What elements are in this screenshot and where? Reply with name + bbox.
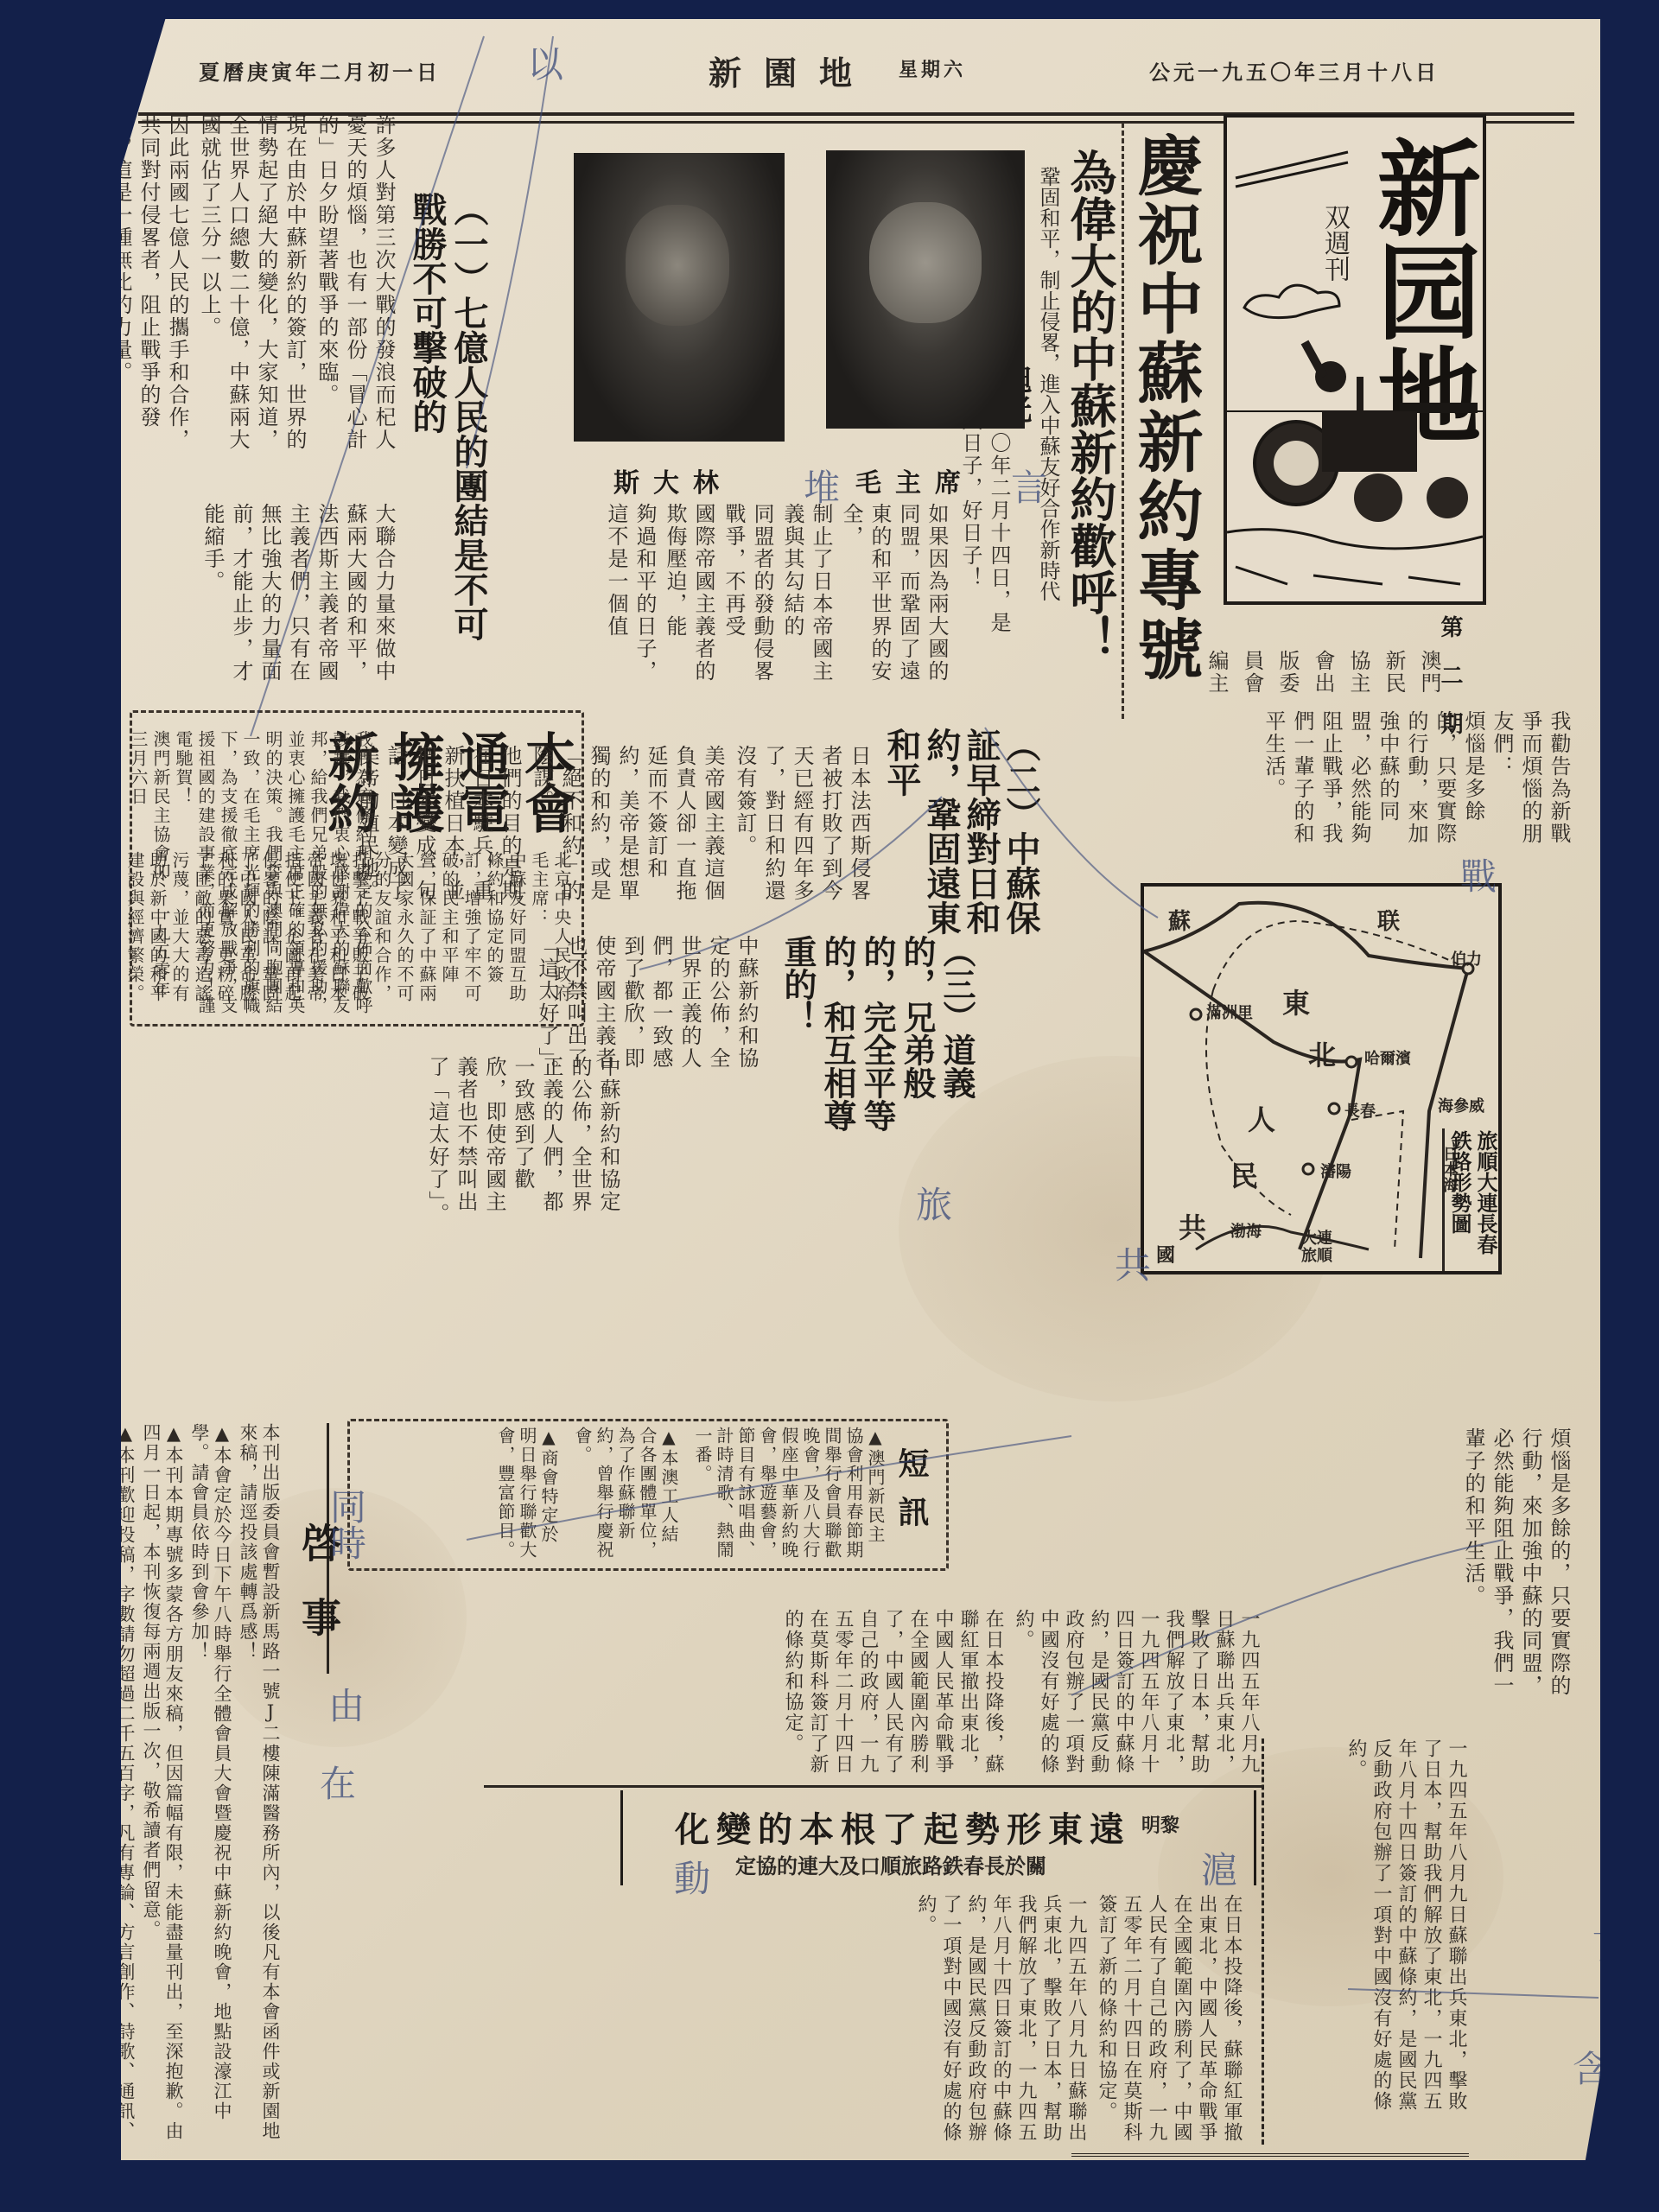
lunar-date: 夏曆庚寅年二月初一日: [199, 55, 441, 86]
far-east-body-bottom: 在日本投降後，蘇聯紅軍撤出東北，中國人民革命戰爭在全國範圍內勝利了，中國人民有了…: [501, 1894, 1244, 2153]
bottom-rule: [1071, 2153, 1469, 2157]
map-label: 人: [1248, 1098, 1275, 1138]
article-three-para: 中蘇新約和協定的公佈，全世界正義的人們，都一致感到了歡欣，即使帝國主義者也不禁叫…: [423, 1056, 622, 1229]
portrait-mao: [826, 150, 1025, 429]
article-one-headline: （一）七億人民的團結是不可戰勝不可擊破的: [406, 192, 489, 641]
handwriting-annotation: 在: [320, 1756, 356, 1808]
notice-item: ▲本會定於今日下午八時舉行全體會員大會暨慶祝中蘇新約晚會，地點設濠江中學。請會員…: [188, 1423, 233, 2149]
lead-body: 如果因為兩大國的同盟，而鞏固了遠東的和平世界的安全， 制止了日本帝國主義與其勾結…: [795, 503, 950, 702]
far-east-rule: [484, 1785, 1262, 1788]
map-label: 國: [1156, 1241, 1175, 1268]
article-one-body: 許多人對第三次大戰的發浪而杞人憂天的煩惱，也有一部份「冒心計的」日夕盼望著戰爭的…: [138, 114, 397, 477]
article-three-continued: 中蘇新約和協定的公佈，全世界正義的人們，都一致感到了歡欣，即使帝國主義者也不禁叫…: [138, 1056, 622, 1229]
article-two-para: 他們的目的是期在日本駐兵，重新扶植日本，並把日本變成一句話：日本變成了美帝的殖民…: [353, 745, 524, 918]
map-label: 伯力: [1451, 947, 1482, 969]
map-label: 瀋陽: [1320, 1160, 1351, 1182]
far-east-para: 在日本投降後，蘇聯紅軍撤出東北，中國人民革命戰爭在全國範圍內勝利了，中國人民有了…: [1094, 1894, 1244, 2145]
short-news-item: ▲澳門新民主協會利用春節期間舉行會員聯歡晚會，及八大行假座中華新約晚會，舉遊藝會…: [691, 1427, 886, 1560]
newspaper-sheet: 夏曆庚寅年二月初一日 新園地 星期六 公元一九五〇年三月十八日 新园地 双週刊 …: [121, 19, 1600, 2160]
handwriting-annotation: 戰: [1460, 849, 1497, 900]
map-label: 联: [1377, 904, 1400, 936]
lead-body-line: 制止了日本帝國主義與其勾結的: [778, 503, 835, 702]
map-label: 北: [1308, 1033, 1336, 1073]
lead-body-line: 如果因為兩大國的同盟，而鞏固了遠東的和平世界的安全，: [836, 503, 950, 702]
right-column-body: 我勸告為新戰爭而煩惱的朋友們： 煩惱是多餘的，只要實際的行動，來加強中蘇的同盟，…: [1382, 710, 1573, 866]
portrait-caption-stalin: 斯大林: [613, 461, 733, 499]
far-east-side-column: 一九四五年八月九日蘇聯出兵東北，擊敗了日本，幫助我們解放了東北，一九四五年八月十…: [1270, 1738, 1469, 2136]
handwriting-annotation: 言: [1011, 460, 1047, 512]
article-two-para: 美帝國主義這個負責人卻一直拖延而不簽訂和約，美帝是想單獨的和約，或是「絕不和約」…: [527, 745, 727, 918]
far-east-para: 一九四五年八月九日蘇聯出兵東北，擊敗了日本，幫助我們解放了東北，一九四五年八月十…: [913, 1894, 1089, 2145]
handwriting-annotation: 含: [1573, 2041, 1609, 2093]
far-east-para: 一九四五年八月九日蘇聯出兵東北，擊敗了日本，幫助我們解放了東北，一九四五年八月十…: [1344, 1738, 1469, 2127]
paper-name: 新園地: [709, 47, 874, 94]
map-label: 旅順: [1301, 1243, 1332, 1266]
short-news-item: ▲商會特定於明日舉行聯歡大會，豐富節目。: [494, 1427, 559, 1560]
article-one-para: 許多人對第三次大戰的發浪而杞人憂天的煩惱，也有一部份「冒心計的」日夕盼望著戰爭的…: [312, 114, 397, 460]
notice-item: 本刊出版委員會暫設新馬路一號J二樓陳滿醫務所內，以後凡有本會函件或新園地來稿，請…: [237, 1423, 282, 2149]
article-one-para: 我們要保衛和平，確保和平，必要憑空說白話是沒有一點用的，以力量來做為力的基礎。: [16, 114, 102, 460]
telegram-body-b: 我們為這條約和協定的公佈而歡呼鼓舞，我們衷心感謝偉大的蘇聯友邦，給我們兄弟般的無…: [141, 730, 374, 1015]
railway-map: 蘇 联 東 北 人 民 共 國 滿洲里 哈爾濱 長春 瀋陽 大連 旅順 海參威 …: [1141, 883, 1502, 1274]
far-east-body-top: 一九四五年八月九日蘇聯出兵東北，擊敗了日本，幫助我們解放了東北，一九四五年八月十…: [501, 1609, 1262, 1782]
handwriting-annotation: 由: [328, 1678, 365, 1730]
map-label: 蘇: [1168, 904, 1191, 936]
portrait-caption-mao: 毛主席: [855, 461, 975, 499]
lead-tagline: 鞏固和平，制止侵畧，進入中蘇友好合作新時代: [1033, 166, 1064, 615]
right-column-para: 煩惱是多餘的，只要實際的行動，來加強中蘇的同盟，必然能夠阻止戰爭，我們一輩子的和…: [1259, 710, 1487, 866]
handwriting-annotation: 動: [674, 1851, 710, 1903]
publisher-line: 編主: [1202, 650, 1230, 745]
handwriting-annotation: 堆: [804, 460, 840, 512]
tractor-illustration-icon: [1227, 118, 1483, 601]
logo-box: 新园地 双週刊: [1224, 114, 1486, 605]
handwriting-annotation: 同時: [320, 1488, 372, 1560]
weekday: 星期六: [899, 55, 966, 82]
far-east-subheadline: 關於長春鉄路旅順口及大連的協定: [735, 1849, 1046, 1879]
article-two-para: 日本法西斯侵畧者被打敗了到今天已經有四年多了，對日和約還沒有簽訂。: [730, 745, 873, 918]
telegram-signature: 澳門新民主協會叩 一九五零年三月六日: [127, 730, 172, 1015]
lead-body-line: 國際帝國主義者的欺侮壓迫，能: [660, 503, 717, 702]
handwriting-annotation: 了: [1590, 1920, 1626, 1972]
masthead: 夏曆庚寅年二月初一日 新園地 星期六 公元一九五〇年三月十八日: [156, 47, 1566, 99]
handwriting-annotation: 共: [1115, 1237, 1151, 1289]
lead-headline: 慶祝中蘇新約專號: [1128, 131, 1201, 684]
far-east-headline: 遠東形勢起了根本的變化: [675, 1802, 1131, 1852]
lead-subheadline: 為偉大的中蘇新約歡呼！: [1065, 149, 1116, 662]
short-news-box: 短訊 ▲澳門新民主協會利用春節期間舉行會員聯歡晚會，及八大行假座中華新約晚會，舉…: [347, 1419, 949, 1571]
map-title: 旅順大連長春鉄路形勢圖: [1445, 1128, 1500, 1270]
map-label: 渤海: [1230, 1219, 1262, 1242]
map-label: 滿洲里: [1206, 1001, 1253, 1023]
handwriting-annotation: 旅: [916, 1177, 952, 1229]
article-three-headline: （三）道義的，兄弟般的，完全平等的，和互相尊重的！: [778, 935, 976, 1151]
gregorian-date: 公元一九五〇年三月十八日: [1149, 55, 1440, 86]
right-column-para: 我勸告為新戰爭而煩惱的朋友們：: [1487, 710, 1573, 866]
lead-body-line: 夠過和平的日子，這不是一個值: [601, 503, 658, 702]
map-label: 海參威: [1438, 1094, 1484, 1116]
article-one-body-2: 大聯合力量來做中蘇兩大國的和平，法西斯主義者帝國主義者們，只有在無比強大的力量面…: [138, 503, 397, 693]
map-label: 共: [1179, 1206, 1206, 1246]
article-three-body: 中蘇新約和協定的公佈，全世界正義的人們，都一致感到了歡欣，即使帝國主義者也不禁叫…: [605, 935, 760, 1090]
map-label: 哈爾濱: [1364, 1046, 1411, 1069]
notice-items: 本刊出版委員會暫設新馬路一號J二樓陳滿醫務所內，以後凡有本會函件或新園地來稿，請…: [126, 1423, 282, 2158]
article-one-para: 現在由於中蘇新約的簽訂，世界的情勢起了絕大的變化，大家知道，全世界人口總數二十億…: [194, 114, 308, 460]
handwriting-annotation: 滬: [1201, 1842, 1237, 1894]
lead-body-line: 同盟者的發動侵畧戰爭，不再受: [719, 503, 776, 702]
far-east-para: 一九四五年八月九日蘇聯出兵東北，擊敗了日本，幫助我們解放了東北，一九四五年八月十…: [1011, 1609, 1262, 1777]
handwriting-annotation: 以: [527, 36, 563, 88]
notice-item: ▲本刊歡迎投稿，字數請勿超過二千五百字，凡有專論、方言創作、詩歌、通訊、漫畫、小…: [69, 1423, 137, 2149]
article-one-para: 大聯合力量來做中蘇兩大國的和平，法西斯主義者帝國主義者們，只有在無比強大的力量面…: [198, 503, 397, 693]
map-title-box: 旅順大連長春鉄路形勢圖: [1442, 1128, 1498, 1271]
short-news-label: 短訊: [890, 1447, 934, 1544]
headline-divider: [1122, 123, 1124, 719]
short-news-items: ▲澳門新民主協會利用春節期間舉行會員聯歡晚會，及八大行假座中華新約晚會，舉遊藝會…: [367, 1427, 886, 1565]
far-east-title-box: 遠東形勢起了根本的變化 黎明 關於長春鉄路旅順口及大連的協定: [620, 1790, 1256, 1885]
map-label: 民: [1230, 1154, 1258, 1194]
telegram-text: 我們為這條約和協定的公佈而歡呼鼓舞，我們衷心感謝偉大的蘇聯友邦，給我們兄弟般的無…: [172, 730, 374, 1015]
article-two-headline: （二）中蘇保証早締對日和約，鞏固遠東和平: [881, 728, 1040, 952]
map-label: 長春: [1344, 1099, 1376, 1122]
far-east-byline: 黎明: [1141, 1811, 1179, 1838]
far-east-para: 在日本投降後，蘇聯紅軍撤出東北，中國人民革命戰爭在全國範圍內勝利了，中國人民有了…: [780, 1609, 1006, 1777]
map-label: 東: [1282, 982, 1310, 1021]
far-east-side-rule: [1262, 1738, 1264, 2145]
notice-item: ▲本刊本期專號多蒙各方朋友來稿，但因篇幅有限，未能盡量刊出，至深抱歉。由四月一日…: [140, 1423, 185, 2149]
portrait-stalin: [574, 153, 785, 442]
article-two-body: 日本法西斯侵畧者被打敗了到今天已經有四年多了，對日和約還沒有簽訂。 美帝國主義這…: [605, 745, 873, 918]
article-one-para: 因此兩國七億人民的攜手和合作，共同對付侵畧者，阻止戰爭的發生，這是一種無比的力量…: [105, 114, 191, 460]
short-news-item: ▲本澳工人結合各團體單位，為了作蘇聯新約，曾舉行慶祝會。: [571, 1427, 679, 1560]
right-lower-para: 煩惱是多餘的，只要實際的行動，來加強中蘇的同盟，必然能夠阻止戰爭，我們一輩子的和…: [1459, 1427, 1573, 1713]
